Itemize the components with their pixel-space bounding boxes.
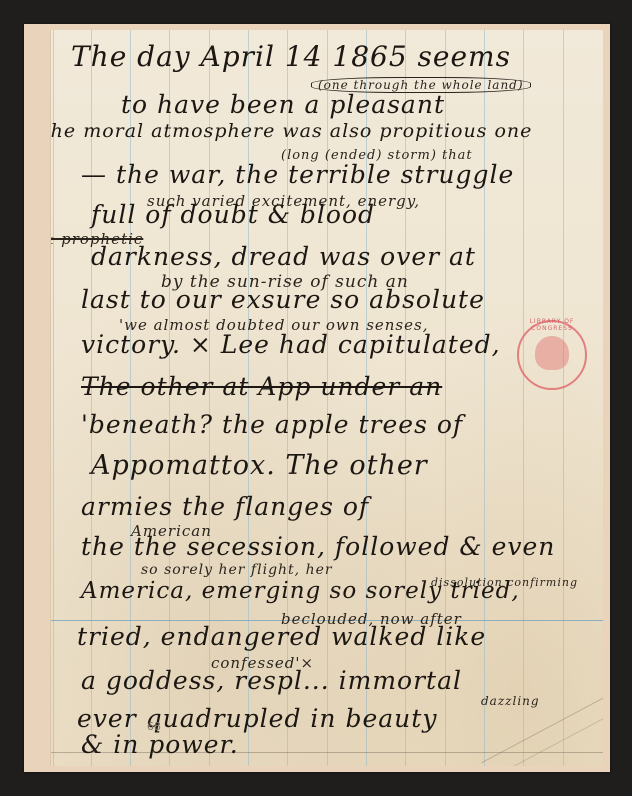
rule-line xyxy=(563,30,564,766)
manuscript-insertion: dazzling xyxy=(481,694,540,708)
manuscript-line: ever quadrupled in beauty xyxy=(77,704,437,733)
stamp-text: LIBRARY OF CONGRESS xyxy=(521,318,583,332)
manuscript-line: the the secession, followed & even xyxy=(81,532,555,561)
manuscript-line: — the war, the terrible struggle xyxy=(81,160,514,189)
manuscript-line: victory. × Lee had capitulated, xyxy=(81,330,501,359)
manuscript-line: America, emerging so sorely tried, xyxy=(81,578,520,604)
manuscript-page: LIBRARY OF CONGRESS The day April 14 186… xyxy=(50,30,603,766)
eagle-emblem-icon xyxy=(535,336,569,370)
manuscript-line: The day April 14 1865 seems xyxy=(71,40,511,73)
manuscript-line: 'beneath? the apple trees of xyxy=(81,410,463,439)
manuscript-line: Appomattox. The other xyxy=(91,450,428,481)
manuscript-line: tried, endangered walked like xyxy=(77,622,486,651)
manuscript-line: darkness, dread was over at xyxy=(91,242,476,271)
manuscript-line: last to our exsure so absolute xyxy=(81,285,485,314)
folio-number: 68 xyxy=(147,720,161,733)
manuscript-line: to have been a pleasant xyxy=(121,90,445,119)
manuscript-line: a goddess, respl... immortal xyxy=(81,666,462,695)
struck-text: The other at App under an xyxy=(81,372,442,401)
manuscript-insertion: so sorely her flight, her xyxy=(141,562,333,578)
manuscript-line: full of doubt & blood xyxy=(91,200,375,229)
manuscript-line: & in power. xyxy=(81,730,239,759)
manuscript-line: armies the flanges of xyxy=(81,492,369,521)
library-stamp: LIBRARY OF CONGRESS xyxy=(517,320,587,390)
manuscript-line: The moral atmosphere was also propitious… xyxy=(50,120,532,142)
